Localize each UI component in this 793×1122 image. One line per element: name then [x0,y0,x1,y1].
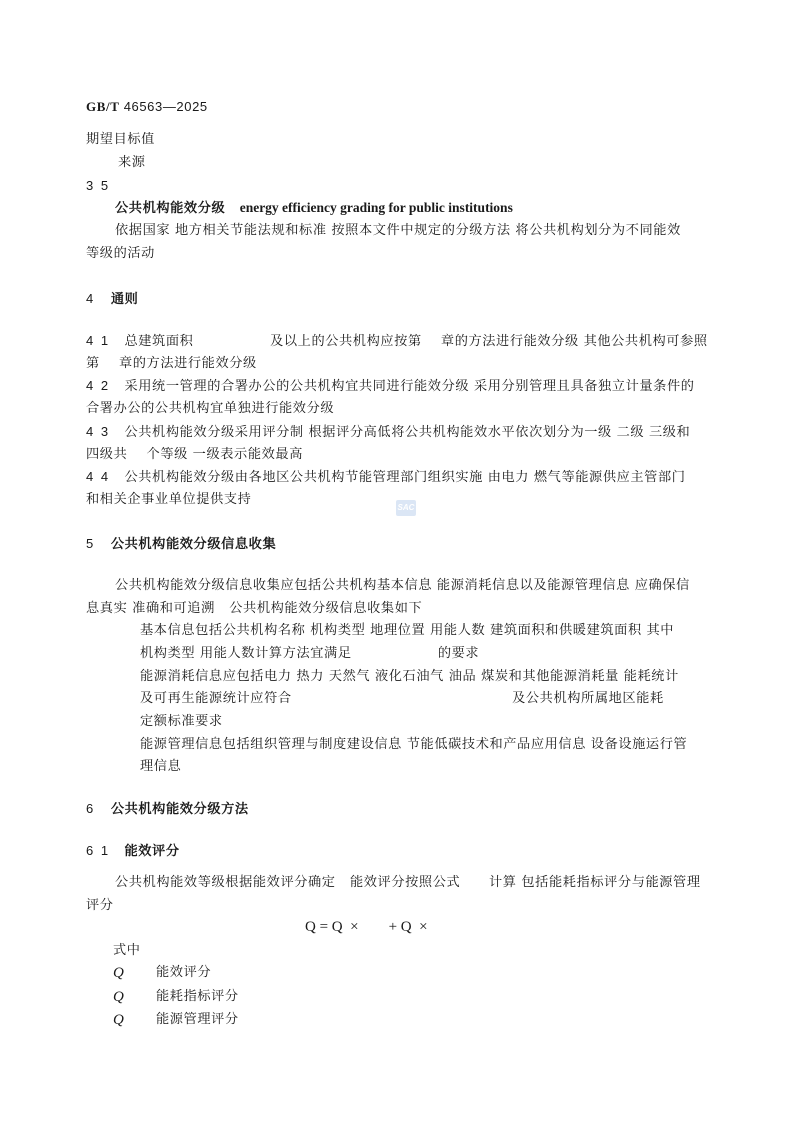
clause-4-4: 4 4 公共机构能效分级由各地区公共机构节能管理部门组织实施 由电力 燃气等能源… [86,468,686,487]
clause-4-4-number: 4 4 [86,469,110,484]
clause-4-2-number: 4 2 [86,378,110,393]
formula-where-label: 式中 [113,942,141,960]
formula-efficiency-score: Q = Q × + Q × [305,918,428,936]
list-item-energy-consumption-cont-2: 定额标准要求 [140,713,223,731]
term-definition-1: 依据国家 地方相关节能法规和标准 按照本文件中规定的分级方法 将公共机构划分为不… [115,222,681,240]
term-definition-2: 等级的活动 [86,245,155,263]
clause-4-3-cont: 四级共 个等级 一级表示能效最高 [86,446,303,464]
section-4-title: 通则 [111,292,139,307]
clause-4-3-text: 公共机构能效分级采用评分制 根据评分高低将公共机构能效水平依次划分为一级 二级 … [124,425,690,440]
variable-description: 能效评分 [156,964,211,982]
section-5-heading: 5 公共机构能效分级信息收集 [86,535,276,554]
standard-prefix: GB/T [86,99,119,114]
variable-symbol: Q [113,1012,124,1028]
section-5-paragraph-1: 公共机构能效分级信息收集应包括公共机构基本信息 能源消耗信息以及能源管理信息 应… [115,577,690,595]
clause-4-1-text: 总建筑面积 及以上的公共机构应按第 章的方法进行能效分级 其他公共机构可参照 [124,334,707,349]
clause-4-2-cont: 合署办公的公共机构宜单独进行能效分级 [86,400,334,418]
clause-6-1-paragraph: 公共机构能效等级根据能效评分确定 能效评分按照公式 计算 包括能耗指标评分与能源… [115,874,701,892]
variable-symbol: Q [113,965,124,981]
section-5-paragraph-1-cont: 息真实 准确和可追溯 公共机构能效分级信息收集如下 [86,600,422,618]
clause-4-4-cont: 和相关企事业单位提供支持 [86,491,251,509]
term-number: 3 5 [86,177,110,195]
term-source: 来源 [118,154,146,172]
sac-watermark-logo: SAC [396,500,416,516]
clause-6-1-title: 能效评分 [124,844,179,859]
term-en: energy efficiency grading for public ins… [240,200,513,215]
standard-number: 46563—2025 [124,99,208,114]
term-line-1: 期望目标值 [86,131,155,149]
section-5-title: 公共机构能效分级信息收集 [111,537,276,552]
variable-row: Q [113,988,124,1007]
clause-4-2-text: 采用统一管理的合署办公的公共机构宜共同进行能效分级 采用分别管理且具备独立计量条… [124,379,694,394]
list-item-energy-management: 能源管理信息包括组织管理与制度建设信息 节能低碳技术和产品应用信息 设备设施运行… [140,736,687,754]
variable-description: 能源管理评分 [156,1011,239,1029]
term-cn: 公共机构能效分级 [115,201,225,216]
list-item-basic-info: 基本信息包括公共机构名称 机构类型 地理位置 用能人数 建筑面积和供暖建筑面积 … [140,622,674,640]
variable-symbol: Q [113,989,124,1005]
section-4-heading: 4 通则 [86,290,138,309]
clause-4-3: 4 3 公共机构能效分级采用评分制 根据评分高低将公共机构能效水平依次划分为一级… [86,423,690,442]
clause-6-1-number: 6 1 [86,843,110,858]
clause-4-2: 4 2 采用统一管理的合署办公的公共机构宜共同进行能效分级 采用分别管理且具备独… [86,377,695,396]
clause-4-3-number: 4 3 [86,424,110,439]
section-6-number: 6 [86,801,95,816]
section-6-title: 公共机构能效分级方法 [111,802,249,817]
clause-4-1-number: 4 1 [86,333,110,348]
clause-4-4-text: 公共机构能效分级由各地区公共机构节能管理部门组织实施 由电力 燃气等能源供应主管… [124,470,685,485]
variable-row: Q [113,1011,124,1030]
clause-4-1: 4 1 总建筑面积 及以上的公共机构应按第 章的方法进行能效分级 其他公共机构可… [86,332,708,351]
clause-6-1-paragraph-cont: 评分 [86,897,114,915]
list-item-energy-management-cont: 理信息 [140,758,181,776]
list-item-basic-info-cont: 机构类型 用能人数计算方法宜满足 的要求 [140,645,479,663]
section-6-heading: 6 公共机构能效分级方法 [86,800,249,819]
clause-4-1-cont: 第 章的方法进行能效分级 [86,355,257,373]
list-item-energy-consumption-cont: 及可再生能源统计应符合 及公共机构所属地区能耗 [140,690,664,708]
term-heading: 公共机构能效分级 energy efficiency grading for p… [115,199,513,218]
variable-description: 能耗指标评分 [156,988,239,1006]
section-4-number: 4 [86,291,95,306]
standard-code: GB/T 46563—2025 [86,98,208,116]
clause-6-1-heading: 6 1 能效评分 [86,842,180,861]
list-item-energy-consumption: 能源消耗信息应包括电力 热力 天然气 液化石油气 油品 煤炭和其他能源消耗量 能… [140,668,679,686]
section-5-number: 5 [86,536,95,551]
variable-row: Q [113,964,124,983]
